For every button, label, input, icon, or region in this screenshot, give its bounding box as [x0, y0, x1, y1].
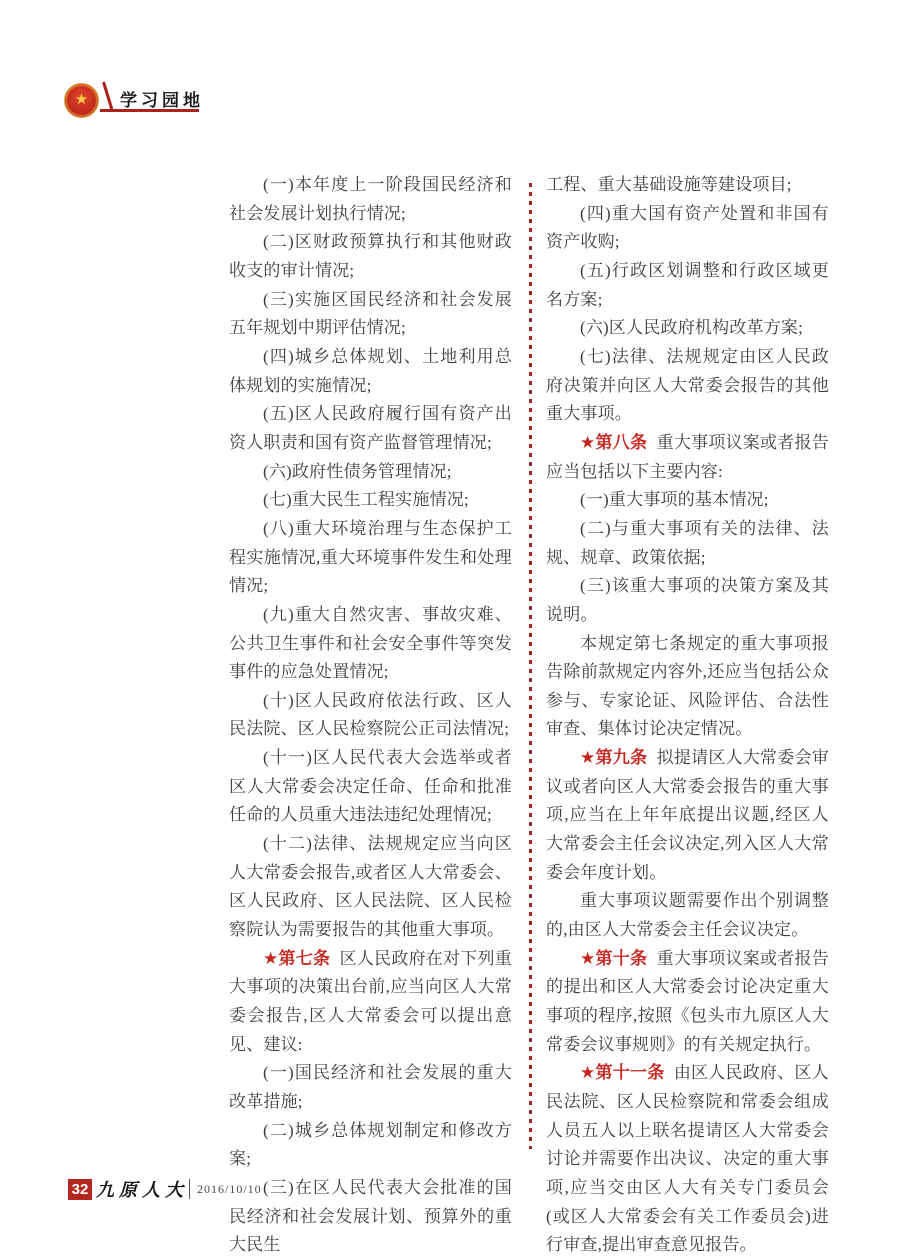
article-paragraph: ★第十条重大事项议案或者报告的提出和区人大常委会讨论决定重大事项的程序,按照《包… — [546, 945, 829, 1060]
clause-paragraph: (六)政府性债务管理情况; — [229, 458, 512, 487]
magazine-page: ★ 学习园地 (一)本年度上一阶段国民经济和社会发展计划执行情况;(二)区财政预… — [0, 0, 920, 1258]
paragraph-text: (一)重大事项的基本情况; — [580, 490, 769, 509]
page-number-badge: 32 — [68, 1179, 92, 1200]
clause-paragraph: (六)区人民政府机构改革方案; — [546, 314, 829, 343]
paragraph-text: (一)本年度上一阶段国民经济和社会发展计划执行情况; — [229, 175, 512, 223]
right-column: 工程、重大基础设施等建设项目;(四)重大国有资产处置和非国有资产收购;(五)行政… — [546, 171, 829, 1258]
paragraph-text: (五)区人民政府履行国有资产出资人职责和国有资产监督管理情况; — [229, 404, 512, 452]
clause-paragraph: (八)重大环境治理与生态保护工程实施情况,重大环境事件发生和处理情况; — [229, 515, 512, 601]
article-paragraph: ★第十一条由区人民政府、区人民法院、区人民检察院和常委会组成人员五人以上联名提请… — [546, 1059, 829, 1258]
clause-paragraph: (三)该重大事项的决策方案及其说明。 — [546, 572, 829, 629]
article-number-label: ★第十条 — [580, 949, 647, 968]
clause-paragraph: (五)行政区划调整和行政区域更名方案; — [546, 257, 829, 314]
page-footer: 32 九原人大 2016/10/10 — [68, 1176, 262, 1202]
paragraph-text: (三)该重大事项的决策方案及其说明。 — [546, 576, 829, 624]
clause-paragraph: (四)重大国有资产处置和非国有资产收购; — [546, 200, 829, 257]
paragraph-text: (八)重大环境治理与生态保护工程实施情况,重大环境事件发生和处理情况; — [229, 519, 512, 595]
clause-paragraph: (三)实施区国民经济和社会发展五年规划中期评估情况; — [229, 286, 512, 343]
paragraph-text: (四)城乡总体规划、土地利用总体规划的实施情况; — [229, 347, 512, 395]
clause-paragraph: (一)国民经济和社会发展的重大改革措施; — [229, 1059, 512, 1116]
clause-paragraph: 本规定第七条规定的重大事项报告除前款规定内容外,还应当包括公众参与、专家论证、风… — [546, 630, 829, 745]
clause-paragraph: (二)城乡总体规划制定和修改方案; — [229, 1117, 512, 1174]
paragraph-text: (十)区人民政府依法行政、区人民法院、区人民检察院公正司法情况; — [229, 691, 512, 739]
paragraph-text: (二)城乡总体规划制定和修改方案; — [229, 1121, 512, 1169]
paragraph-text: 本规定第七条规定的重大事项报告除前款规定内容外,还应当包括公众参与、专家论证、风… — [546, 634, 829, 739]
paragraph-text: (十二)法律、法规规定应当向区人大常委会报告,或者区人大常委会、区人民政府、区人… — [229, 834, 512, 939]
paragraph-text: 由区人民政府、区人民法院、区人民检察院和常委会组成人员五人以上联名提请区人大常委… — [546, 1063, 829, 1254]
left-column: (一)本年度上一阶段国民经济和社会发展计划执行情况;(二)区财政预算执行和其他财… — [229, 171, 512, 1258]
header-slash-divider — [102, 82, 114, 112]
paragraph-text: (五)行政区划调整和行政区域更名方案; — [546, 261, 829, 309]
article-paragraph: ★第八条重大事项议案或者报告应当包括以下主要内容: — [546, 429, 829, 486]
paragraph-text: (六)政府性债务管理情况; — [263, 462, 452, 481]
paragraph-text: (十一)区人民代表大会选举或者区人大常委会决定任命、任命和批准任命的人员重大违法… — [229, 748, 512, 824]
clause-paragraph: (十二)法律、法规规定应当向区人大常委会报告,或者区人大常委会、区人民政府、区人… — [229, 830, 512, 945]
article-number-label: ★第十一条 — [580, 1063, 664, 1082]
article-paragraph: ★第七条区人民政府在对下列重大事项的决策出台前,应当向区人大常委会报告,区人大常… — [229, 945, 512, 1060]
clause-paragraph: (一)本年度上一阶段国民经济和社会发展计划执行情况; — [229, 171, 512, 228]
paragraph-text: (七)法律、法规规定由区人民政府决策并向区人大常委会报告的其他重大事项。 — [546, 347, 829, 423]
publication-date: 2016/10/10 — [197, 1182, 262, 1197]
clause-paragraph: (四)城乡总体规划、土地利用总体规划的实施情况; — [229, 343, 512, 400]
clause-paragraph: (七)重大民生工程实施情况; — [229, 486, 512, 515]
article-paragraph: ★第九条拟提请区人大常委会审议或者向区人大常委会报告的重大事项,应当在上年年底提… — [546, 744, 829, 887]
clause-paragraph: (三)在区人民代表大会批准的国民经济和社会发展计划、预算外的重大民生 — [229, 1174, 512, 1258]
clause-paragraph: 重大事项议题需要作出个别调整的,由区人大常委会主任会议决定。 — [546, 887, 829, 944]
clause-paragraph: (九)重大自然灾害、事故灾难、公共卫生事件和社会安全事件等突发事件的应急处置情况… — [229, 601, 512, 687]
clause-paragraph: (十)区人民政府依法行政、区人民法院、区人民检察院公正司法情况; — [229, 687, 512, 744]
article-number-label: ★第七条 — [263, 949, 330, 968]
column-divider — [529, 183, 532, 1149]
paragraph-text: (六)区人民政府机构改革方案; — [580, 318, 803, 337]
clause-paragraph: (一)重大事项的基本情况; — [546, 486, 829, 515]
paragraph-text: (三)在区人民代表大会批准的国民经济和社会发展计划、预算外的重大民生 — [229, 1178, 512, 1254]
paragraph-text: (七)重大民生工程实施情况; — [263, 490, 469, 509]
paragraph-text: (二)与重大事项有关的法律、法规、规章、政策依据; — [546, 519, 829, 567]
paragraph-text: 拟提请区人大常委会审议或者向区人大常委会报告的重大事项,应当在上年年底提出议题,… — [546, 748, 829, 882]
clause-paragraph: (二)与重大事项有关的法律、法规、规章、政策依据; — [546, 515, 829, 572]
journal-title: 九原人大 — [96, 1176, 188, 1202]
paragraph-text: (二)区财政预算执行和其他财政收支的审计情况; — [229, 232, 512, 280]
article-number-label: ★第九条 — [580, 748, 647, 767]
paragraph-text: 工程、重大基础设施等建设项目; — [546, 175, 792, 194]
clause-paragraph: (七)法律、法规规定由区人民政府决策并向区人大常委会报告的其他重大事项。 — [546, 343, 829, 429]
clause-paragraph: (五)区人民政府履行国有资产出资人职责和国有资产监督管理情况; — [229, 400, 512, 457]
footer-divider — [189, 1179, 190, 1199]
clause-paragraph: (二)区财政预算执行和其他财政收支的审计情况; — [229, 228, 512, 285]
paragraph-text: (三)实施区国民经济和社会发展五年规划中期评估情况; — [229, 290, 512, 338]
section-title: 学习园地 — [120, 86, 204, 111]
clause-paragraph: (十一)区人民代表大会选举或者区人大常委会决定任命、任命和批准任命的人员重大违法… — [229, 744, 512, 830]
national-emblem-icon: ★ — [64, 83, 99, 118]
paragraph-text: (一)国民经济和社会发展的重大改革措施; — [229, 1063, 512, 1111]
clause-paragraph: 工程、重大基础设施等建设项目; — [546, 171, 829, 200]
article-number-label: ★第八条 — [580, 433, 647, 452]
header-underline — [100, 109, 199, 112]
paragraph-text: (九)重大自然灾害、事故灾难、公共卫生事件和社会安全事件等突发事件的应急处置情况… — [229, 605, 512, 681]
paragraph-text: 重大事项议题需要作出个别调整的,由区人大常委会主任会议决定。 — [546, 891, 829, 939]
paragraph-text: (四)重大国有资产处置和非国有资产收购; — [546, 204, 829, 252]
